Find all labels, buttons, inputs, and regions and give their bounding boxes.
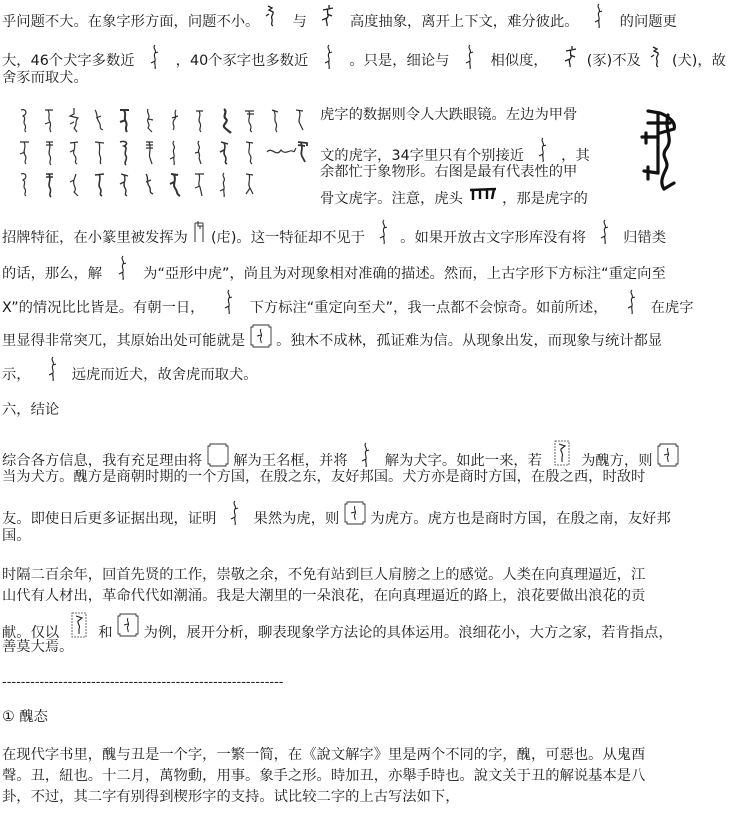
oracle-tiger-head-glyph — [468, 187, 498, 203]
oracle-quan-glyph — [537, 137, 549, 163]
text-run: (犬)，故 — [672, 53, 726, 69]
conclusion-p2-line4: 善莫大焉。 — [2, 638, 73, 656]
tiger-line6: 的话，那么，解 为“亞形中虎”，尚且为对现象相对准确的描述。然而，上古字形下方标… — [2, 261, 666, 287]
section-heading-conclusion: 六，结论 — [2, 401, 59, 419]
yaxing-frame-glyph — [250, 323, 272, 349]
text-run: 在虎字 — [651, 300, 694, 316]
conclusion-p1-line3: 友。即使日后更多证据出现，证明 果然为虎，则 为虎方。虎方也是商时方国，在殷之南… — [2, 506, 671, 532]
text-run: 里显得非常突兀，其原始出处可能就是 — [2, 333, 245, 349]
text-run: 下方标注“重定向至犬”，我一点都不会惊奇。如前所述， — [250, 300, 608, 316]
footnote-line3: 卦，不过，其二字有别得到楔形字的支持。试比较二字的上古写法如下， — [2, 788, 460, 806]
text-run: (虍)。这一特征却不见于 — [211, 230, 365, 246]
oracle-quan-glyph — [626, 289, 638, 315]
text-run: 山代有人材出，革命代代如潮涌。我是大潮里的一朵浪花，在向真理逼近的路上，浪花要做… — [2, 588, 645, 604]
text-run: 。如果开放古文字形库没有将 — [400, 230, 586, 246]
oracle-quan-glyph — [117, 255, 129, 281]
text-run: 远虎而近犬，故舍虎而取犬。 — [72, 367, 258, 383]
text-run: 舍豕而取犬。 — [2, 70, 88, 86]
footnote-line2: 聲。丑，紐也。十二月，萬物動，用事。象手之形。時加丑，亦舉手時也。說文关于丑的解… — [2, 767, 645, 785]
text-run: 余都忙于象物形。右图是最有代表性的甲 — [320, 164, 577, 180]
tiger-side-line3: 余都忙于象物形。右图是最有代表性的甲 — [320, 163, 577, 181]
oracle-quan-glyph — [360, 442, 372, 468]
text-run: X”的情况比比皆是。有朝一日， — [2, 300, 204, 316]
tiger-line5: 招牌特征，在小篆里被发挥为 (虍)。这一特征却不见于 。如果开放古文字形库没有将… — [2, 225, 666, 251]
footnote-heading: ① 醜态 — [2, 708, 48, 726]
text-run: 大，46个犬字多数近 — [2, 53, 135, 69]
tiger-line9: 示， 远虎而近犬，故舍虎而取犬。 — [2, 362, 258, 388]
oracle-quan-glyph — [149, 44, 161, 70]
tiger-side-line1: 虎字的数据则令人大跌眼镜。左边为甲骨 — [320, 106, 577, 124]
oracle-pig-glyph — [562, 45, 578, 69]
text-run: 解为犬字。如此一来，若 — [385, 453, 542, 469]
text-run: 友。即使日后更多证据出现，证明 — [2, 511, 216, 527]
text-run: 卦，不过，其二字有别得到楔形字的支持。试比较二字的上古写法如下， — [2, 789, 460, 805]
chou-frame-glyph — [553, 438, 571, 468]
text-run: 骨文虎字。注意，虎头 — [320, 191, 463, 207]
text-run: 虎字的数据则令人大跌眼镜。左边为甲骨 — [320, 107, 577, 123]
tiger-side-line4: 骨文虎字。注意，虎头 ，那是虎字的 — [320, 190, 588, 208]
text-run: 聲。丑，紐也。十二月，萬物動，用事。象手之形。時加丑，亦舉手時也。說文关于丑的解… — [2, 768, 645, 784]
text-run: ，其 — [561, 148, 590, 164]
heading-text: ① 醜态 — [2, 709, 48, 725]
conclusion-p2-line2: 山代有人材出，革命代代如潮涌。我是大潮里的一朵浪花，在向真理逼近的路上，浪花要做… — [2, 587, 645, 605]
yaxing-frame-quan-glyph — [657, 442, 679, 468]
para1-line1: 乎问题不大。在象字形方面，问题不小。 与 高度抽象，离开上下文，难分彼此。 的问… — [2, 9, 677, 35]
text-run: ，那是虎字的 — [502, 191, 588, 207]
text-run: 果然为虎，则 — [254, 511, 340, 527]
chou-frame-glyph — [70, 610, 88, 640]
tiger-line8: 里显得非常突兀，其原始出处可能就是 。独木不成林，孤证难为信。从现象出发，而现象… — [2, 328, 662, 354]
oracle-quan-glyph — [229, 500, 241, 526]
text-run: 为虎方。虎方也是商时方国，在殷之南，友好邦 — [370, 511, 670, 527]
oracle-quan-glyph — [223, 289, 235, 315]
oracle-tiger-representative — [640, 103, 684, 202]
text-run: 招牌特征，在小篆里被发挥为 — [2, 230, 188, 246]
conclusion-p2-line1: 时隔二百余年，回首先贤的工作，崇敬之余，不免有站到巨人肩膀之上的感觉。人类在向真… — [2, 566, 645, 584]
oracle-dog-glyph — [264, 4, 278, 28]
seal-hu-radical-glyph — [192, 220, 206, 244]
oracle-quan-glyph — [47, 356, 59, 382]
text-run: 当为犬方。醜方是商朝时期的一个方国，在殷之东，友好邦国。犬方亦是商时方国，在殷之… — [2, 469, 645, 485]
text-run: 高度抽象，离开上下文，难分彼此。 — [350, 14, 579, 30]
para1-line3: 舍豕而取犬。 — [2, 69, 88, 87]
para1-line2: 大，46个犬字多数近 ，40个豕字也多数近 。只是，细论与 相似度， (豕)不及… — [2, 48, 726, 74]
text-run: 解为王名框，并将 — [233, 453, 347, 469]
heading-text: 六，结论 — [2, 402, 59, 418]
text-run: 的话，那么，解 — [2, 266, 102, 282]
text-run: 和 — [98, 625, 112, 641]
text-run: 善莫大焉。 — [2, 639, 73, 655]
text-run: 示， — [2, 367, 31, 383]
tiger-line7: X”的情况比比皆是。有朝一日， 下方标注“重定向至犬”，我一点都不会惊奇。如前所… — [2, 295, 694, 321]
oracle-quan-glyph — [323, 44, 335, 70]
text-run: 为“亞形中虎”，尚且为对现象相对准确的描述。然而，上古字形下方标注“重定向至 — [143, 266, 666, 282]
text-run: 与 — [292, 14, 306, 30]
text-run: (豕)不及 — [587, 53, 641, 69]
oracle-quan-glyph — [599, 219, 611, 245]
footnote-line1: 在现代字书里，醜与丑是一个字，一繁一简，在《說文解字》里是两个不同的字，醜，可惡… — [2, 746, 645, 764]
conclusion-p1-line2: 当为犬方。醜方是商朝时期的一个方国，在殷之东，友好邦国。犬方亦是商时方国，在殷之… — [2, 468, 645, 486]
text-run: ，40个豕字也多数近 — [176, 53, 309, 69]
text-run: 。只是，细论与 — [349, 53, 449, 69]
oracle-dog-glyph — [649, 45, 663, 69]
text-run: 为例，展开分析，聊表现象学方法论的具体运用。浪细花小，大方之家，若肯指点， — [144, 625, 673, 641]
oracle-quan-glyph — [378, 219, 390, 245]
oracle-pig-glyph — [319, 4, 335, 28]
oracle-tiger-variants-grid — [10, 100, 315, 200]
text-run: 时隔二百余年，回首先贤的工作，崇敬之余，不免有站到巨人肩膀之上的感觉。人类在向真… — [2, 567, 645, 583]
oracle-quan-glyph — [464, 44, 476, 70]
text-run: 相似度， — [491, 53, 548, 69]
conclusion-p1-line4: 国。 — [2, 527, 31, 545]
yaxing-frame-quan-glyph — [117, 612, 139, 638]
text-run: 乎问题不大。在象字形方面，问题不小。 — [2, 14, 259, 30]
text-run: 国。 — [2, 528, 31, 544]
text-run: 。独木不成林，孤证难为信。从现象出发，而现象与统计都显 — [276, 333, 662, 349]
conclusion-p2-line3: 献。仅以 和 为例，展开分析，聊表现象学方法论的具体运用。浪细花小，大方之家，若… — [2, 618, 673, 648]
text-run: 综合各方信息，我有充足理由将 — [2, 453, 202, 469]
yaxing-frame-quan-glyph — [344, 500, 366, 526]
text-run: 文的虎字，34字里只有个别接近 — [320, 148, 524, 164]
text-run: 为醜方，则 — [581, 453, 652, 469]
text-run: 归错类 — [623, 230, 666, 246]
footnote-separator: ----------------------------------------… — [2, 675, 283, 690]
text-run: 的问题更 — [620, 14, 677, 30]
yaxing-frame-glyph — [207, 442, 229, 468]
oracle-quan-glyph — [593, 3, 605, 29]
text-run: 在现代字书里，醜与丑是一个字，一繁一简，在《說文解字》里是两个不同的字，醜，可惡… — [2, 747, 645, 763]
